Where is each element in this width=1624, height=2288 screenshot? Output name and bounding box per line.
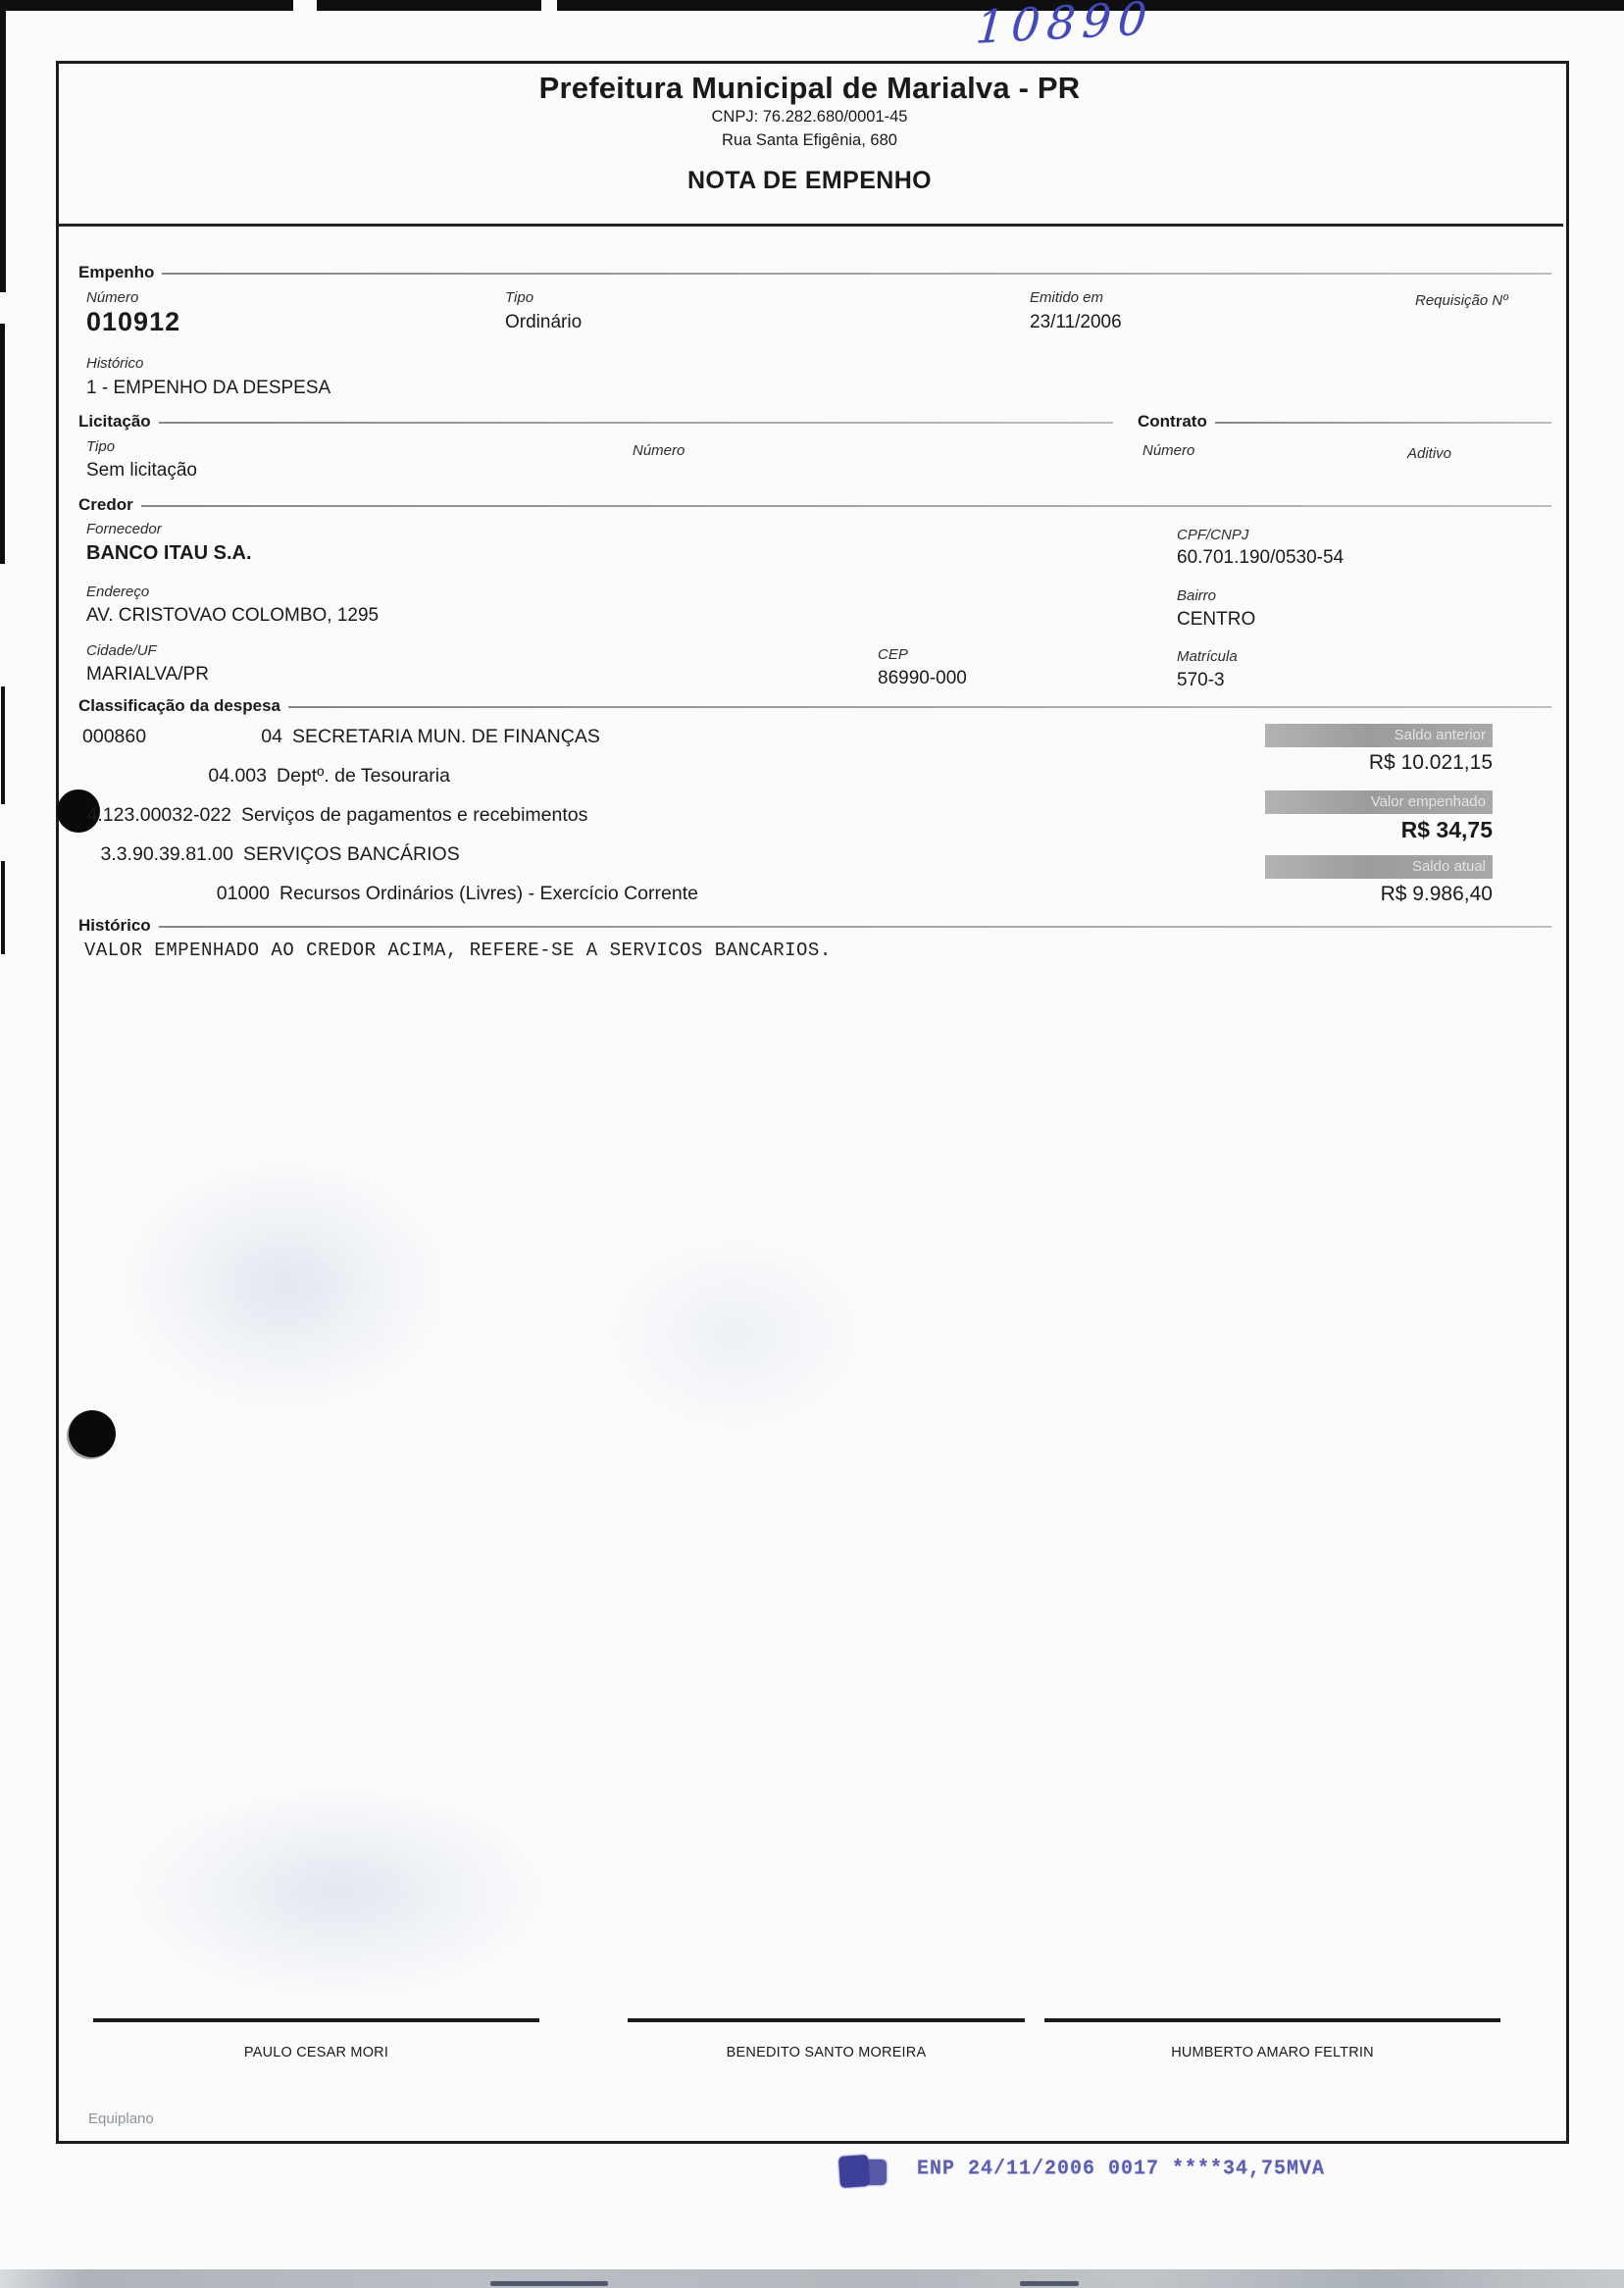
classificacao-desc: Serviços de pagamentos e recebimentos bbox=[241, 804, 587, 827]
section-contrato: Contrato bbox=[1138, 412, 1551, 432]
empenho-emitido-label: Emitido em bbox=[1030, 289, 1103, 306]
section-empenho: Empenho bbox=[78, 263, 1551, 282]
classificacao-row: 4.123.00032-022 Serviços de pagamentos e… bbox=[82, 804, 1210, 830]
section-rule bbox=[159, 926, 1551, 928]
header-divider bbox=[59, 224, 1563, 227]
classificacao-code: 4.123.00032-022 bbox=[82, 804, 231, 827]
section-licitacao: Licitação bbox=[78, 412, 1113, 432]
section-credor-label: Credor bbox=[78, 495, 141, 515]
empenho-emitido-value: 23/11/2006 bbox=[1030, 312, 1122, 333]
licitacao-tipo-label: Tipo bbox=[86, 438, 115, 455]
credor-cep-value: 86990-000 bbox=[878, 668, 967, 689]
classificacao-row: 04.003 Deptº. de Tesouraria bbox=[82, 765, 1210, 790]
signature-line bbox=[1044, 2018, 1500, 2022]
licitacao-tipo-value: Sem licitação bbox=[86, 460, 197, 482]
saldo-atual-bar: Saldo atual bbox=[1265, 855, 1493, 879]
classificacao-row: 3.3.90.39.81.00 SERVIÇOS BANCÁRIOS bbox=[82, 843, 1210, 869]
signature-name: PAULO CESAR MORI bbox=[93, 2045, 539, 2060]
section-classificacao: Classificação da despesa bbox=[78, 696, 1551, 716]
section-rule bbox=[1215, 422, 1551, 424]
signature-name: HUMBERTO AMARO FELTRIN bbox=[1044, 2045, 1500, 2060]
valor-empenhado-value: R$ 34,75 bbox=[1198, 817, 1493, 843]
section-contrato-label: Contrato bbox=[1138, 412, 1215, 432]
empenho-tipo-label: Tipo bbox=[505, 289, 533, 306]
signature-name: BENEDITO SANTO MOREIRA bbox=[628, 2045, 1025, 2060]
stamp-logo-icon bbox=[865, 2160, 887, 2185]
credor-cidade-value: MARIALVA/PR bbox=[86, 664, 209, 686]
document-title: NOTA DE EMPENHO bbox=[56, 167, 1563, 195]
section-rule bbox=[141, 505, 1551, 507]
credor-cpfcnpj-value: 60.701.190/0530-54 bbox=[1177, 547, 1344, 569]
credor-cep-label: CEP bbox=[878, 646, 908, 663]
valor-empenhado-bar: Valor empenhado bbox=[1265, 790, 1493, 814]
empenho-numero-value: 010912 bbox=[86, 307, 180, 337]
section-rule bbox=[162, 273, 1551, 275]
licitacao-numero-label: Número bbox=[633, 442, 685, 459]
software-brand: Equiplano bbox=[88, 2110, 154, 2127]
saldo-anterior-bar: Saldo anterior bbox=[1265, 724, 1493, 747]
classificacao-desc: Deptº. de Tesouraria bbox=[277, 765, 450, 788]
section-licitacao-label: Licitação bbox=[78, 412, 159, 432]
historico-text: VALOR EMPENHADO AO CREDOR ACIMA, REFERE-… bbox=[84, 940, 832, 961]
scan-bottom-mark bbox=[490, 2281, 608, 2286]
empenho-tipo-value: Ordinário bbox=[505, 312, 582, 333]
form-border bbox=[56, 61, 1569, 2144]
punch-hole bbox=[69, 1410, 116, 1457]
classificacao-code: 04 bbox=[82, 726, 282, 748]
credor-fornecedor-label: Fornecedor bbox=[86, 521, 162, 537]
signature-line bbox=[628, 2018, 1025, 2022]
org-cnpj: CNPJ: 76.282.680/0001-45 bbox=[56, 108, 1563, 127]
scan-bottom-edge bbox=[0, 2269, 1624, 2288]
section-historico: Histórico bbox=[78, 916, 1551, 936]
org-title: Prefeitura Municipal de Marialva - PR bbox=[56, 71, 1563, 106]
credor-matricula-label: Matrícula bbox=[1177, 648, 1238, 665]
credor-endereco-label: Endereço bbox=[86, 584, 149, 600]
classificacao-desc: SECRETARIA MUN. DE FINANÇAS bbox=[292, 726, 600, 748]
empenho-historico-value: 1 - EMPENHO DA DESPESA bbox=[86, 378, 330, 399]
classificacao-desc: SERVIÇOS BANCÁRIOS bbox=[243, 843, 460, 866]
credor-cidade-label: Cidade/UF bbox=[86, 642, 157, 659]
handwritten-number: 10890 bbox=[974, 0, 1155, 54]
section-historico-label: Histórico bbox=[78, 916, 159, 936]
classificacao-row: 01000 Recursos Ordinários (Livres) - Exe… bbox=[82, 883, 1210, 908]
section-classificacao-label: Classificação da despesa bbox=[78, 696, 288, 716]
credor-fornecedor-value: BANCO ITAU S.A. bbox=[86, 542, 252, 565]
org-address: Rua Santa Efigênia, 680 bbox=[56, 131, 1563, 150]
classificacao-code: 3.3.90.39.81.00 bbox=[82, 843, 233, 866]
empenho-historico-label: Histórico bbox=[86, 355, 143, 372]
scan-left-edge bbox=[1, 686, 5, 804]
classificacao-desc: Recursos Ordinários (Livres) - Exercício… bbox=[279, 883, 698, 905]
classificacao-row: 000860 04 SECRETARIA MUN. DE FINANÇAS bbox=[82, 726, 1210, 751]
signature-line bbox=[93, 2018, 539, 2022]
saldo-atual-value: R$ 9.986,40 bbox=[1198, 883, 1493, 906]
classificacao-code: 04.003 bbox=[82, 765, 267, 788]
scan-bottom-mark bbox=[1020, 2281, 1079, 2286]
credor-endereco-value: AV. CRISTOVAO COLOMBO, 1295 bbox=[86, 605, 379, 627]
contrato-aditivo-label: Aditivo bbox=[1407, 445, 1451, 462]
section-rule bbox=[159, 422, 1113, 424]
scan-left-edge bbox=[0, 8, 6, 292]
section-empenho-label: Empenho bbox=[78, 263, 162, 282]
stamp-text: ENP 24/11/2006 0017 ****34,75MVA bbox=[917, 2157, 1325, 2181]
credor-bairro-value: CENTRO bbox=[1177, 609, 1255, 631]
section-rule bbox=[288, 706, 1551, 708]
scan-top-edge-gap bbox=[293, 0, 317, 11]
classificacao-code: 01000 bbox=[82, 883, 270, 905]
scan-left-edge bbox=[1, 861, 5, 954]
scan-left-edge bbox=[0, 324, 5, 564]
credor-bairro-label: Bairro bbox=[1177, 587, 1216, 604]
saldo-anterior-value: R$ 10.021,15 bbox=[1198, 751, 1493, 775]
empenho-numero-label: Número bbox=[86, 289, 138, 306]
contrato-numero-label: Número bbox=[1142, 442, 1194, 459]
scanned-document-page: 10890 Prefeitura Municipal de Marialva -… bbox=[0, 0, 1624, 2288]
section-credor: Credor bbox=[78, 495, 1551, 515]
scan-top-edge bbox=[0, 0, 1624, 11]
credor-cpfcnpj-label: CPF/CNPJ bbox=[1177, 527, 1248, 543]
empenho-requisicao-label: Requisição Nº bbox=[1415, 292, 1508, 309]
credor-matricula-value: 570-3 bbox=[1177, 670, 1225, 691]
scan-top-edge-gap bbox=[541, 0, 557, 11]
